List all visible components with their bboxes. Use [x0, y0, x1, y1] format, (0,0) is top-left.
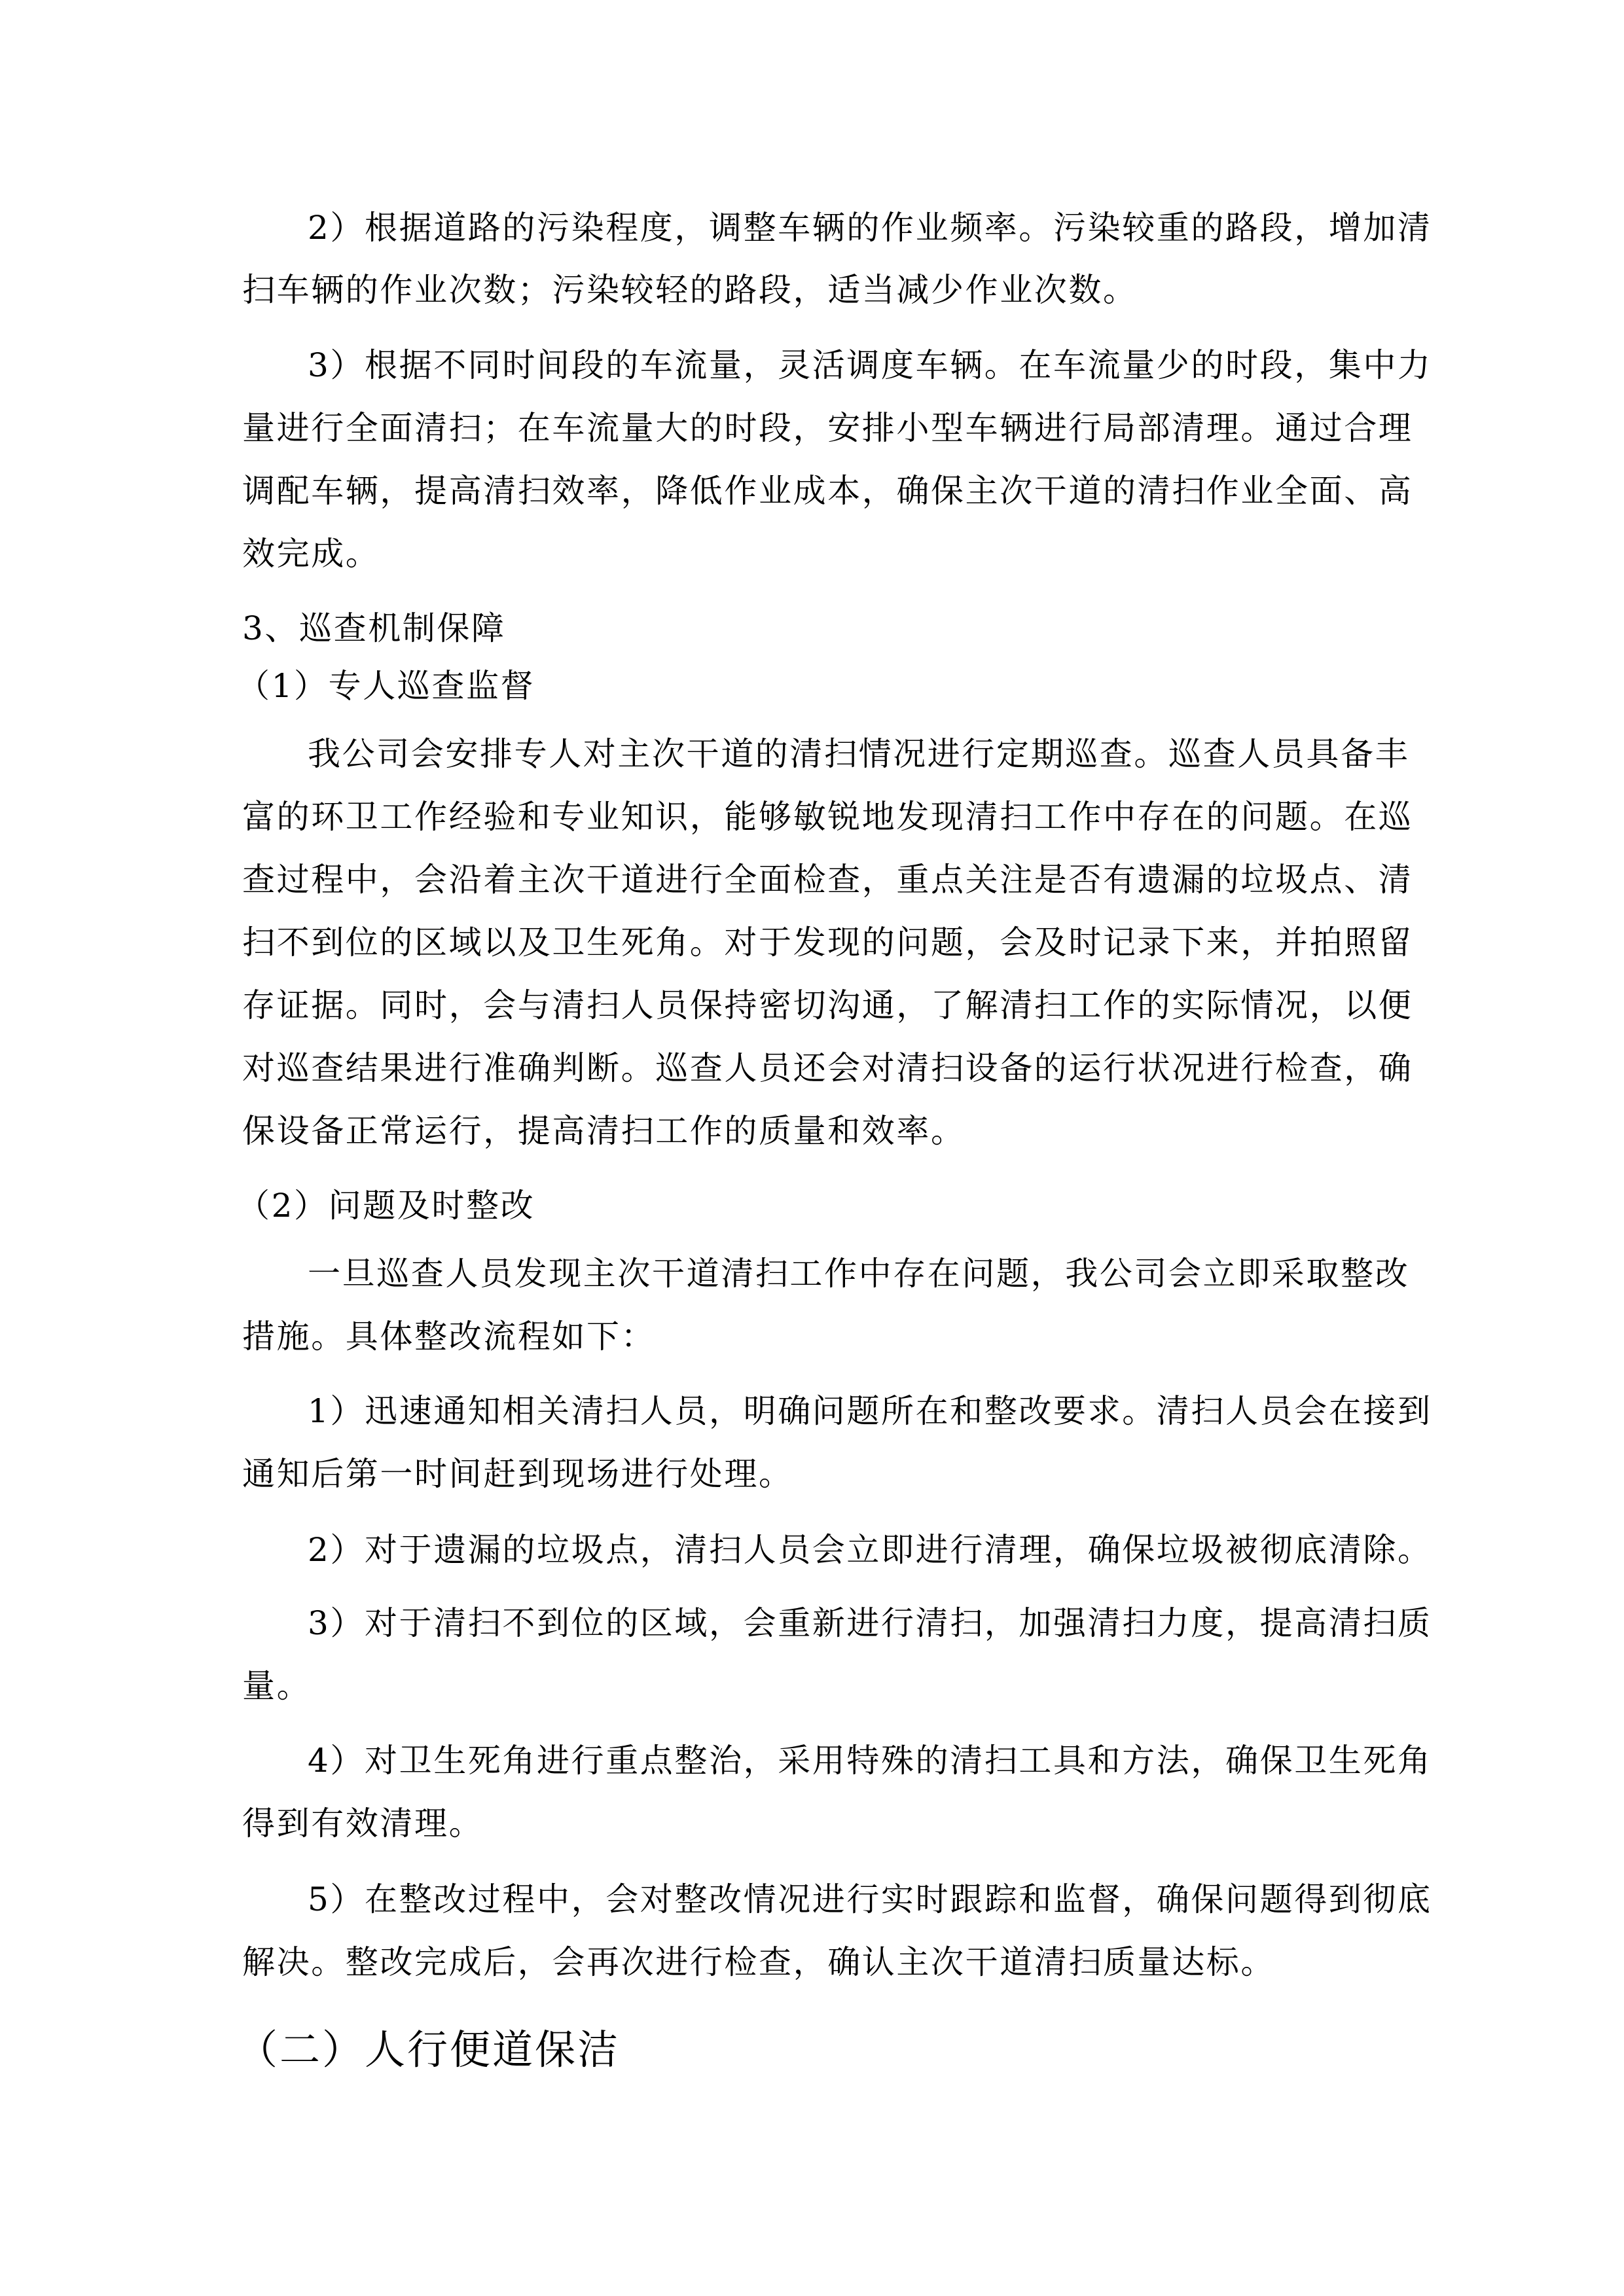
paragraph-line: 扫车辆的作业次数；污染较轻的路段，适当减少作业次数。: [242, 270, 1394, 310]
paragraph-line: 富的环卫工作经验和专业知识，能够敏锐地发现清扫工作中存在的问题。在巡: [242, 797, 1394, 836]
section-heading-patrol-mechanism: 3、巡查机制保障: [242, 609, 1394, 648]
paragraph-line: 我公司会安排专人对主次干道的清扫情况进行定期巡查。巡查人员具备丰: [308, 734, 1460, 774]
document-page: 2）根据道路的污染程度，调整车辆的作业频率。污染较重的路段，增加清 扫车辆的作业…: [0, 0, 1624, 2296]
paragraph-line: 3）根据不同时间段的车流量，灵活调度车辆。在车流量少的时段，集中力: [308, 346, 1460, 385]
subheading-timely-rectification: （2）问题及时整改: [237, 1186, 1389, 1225]
paragraph-line: 扫不到位的区域以及卫生死角。对于发现的问题，会及时记录下来，并拍照留: [242, 923, 1394, 962]
paragraph-line: 量。: [242, 1666, 1394, 1706]
paragraph-line: 效完成。: [242, 534, 1394, 573]
paragraph-line: 对巡查结果进行准确判断。巡查人员还会对清扫设备的运行状况进行检查，确: [242, 1049, 1394, 1088]
paragraph-line: 量进行全面清扫；在车流量大的时段，安排小型车辆进行局部清理。通过合理: [242, 408, 1394, 448]
paragraph-line: 2）根据道路的污染程度，调整车辆的作业频率。污染较重的路段，增加清: [308, 208, 1460, 247]
paragraph-line: 1）迅速通知相关清扫人员，明确问题所在和整改要求。清扫人员会在接到: [308, 1391, 1460, 1431]
paragraph-line: 2）对于遗漏的垃圾点，清扫人员会立即进行清理，确保垃圾被彻底清除。: [308, 1530, 1460, 1570]
paragraph-line: 存证据。同时，会与清扫人员保持密切沟通，了解清扫工作的实际情况，以便: [242, 986, 1394, 1025]
paragraph-line: 通知后第一时间赶到现场进行处理。: [242, 1454, 1394, 1494]
paragraph-line: 3）对于清扫不到位的区域，会重新进行清扫，加强清扫力度，提高清扫质: [308, 1604, 1460, 1643]
paragraph-line: 查过程中，会沿着主次干道进行全面检查，重点关注是否有遗漏的垃圾点、清: [242, 860, 1394, 899]
paragraph-line: 保设备正常运行，提高清扫工作的质量和效率。: [242, 1111, 1394, 1151]
paragraph-line: 5）在整改过程中，会对整改情况进行实时跟踪和监督，确保问题得到彻底: [308, 1880, 1460, 1919]
paragraph-line: 调配车辆，提高清扫效率，降低作业成本，确保主次干道的清扫作业全面、高: [242, 471, 1394, 511]
paragraph-line: 解决。整改完成后，会再次进行检查，确认主次干道清扫质量达标。: [242, 1943, 1394, 1982]
paragraph-line: 措施。具体整改流程如下：: [242, 1317, 1394, 1356]
section-heading-sidewalk-cleaning: （二）人行便道保洁: [237, 2026, 620, 2073]
paragraph-line: 4）对卫生死角进行重点整治，采用特殊的清扫工具和方法，确保卫生死角: [308, 1741, 1460, 1780]
subheading-dedicated-patrol: （1）专人巡查监督: [237, 666, 1389, 706]
paragraph-line: 得到有效清理。: [242, 1804, 1394, 1843]
paragraph-line: 一旦巡查人员发现主次干道清扫工作中存在问题，我公司会立即采取整改: [308, 1254, 1460, 1293]
